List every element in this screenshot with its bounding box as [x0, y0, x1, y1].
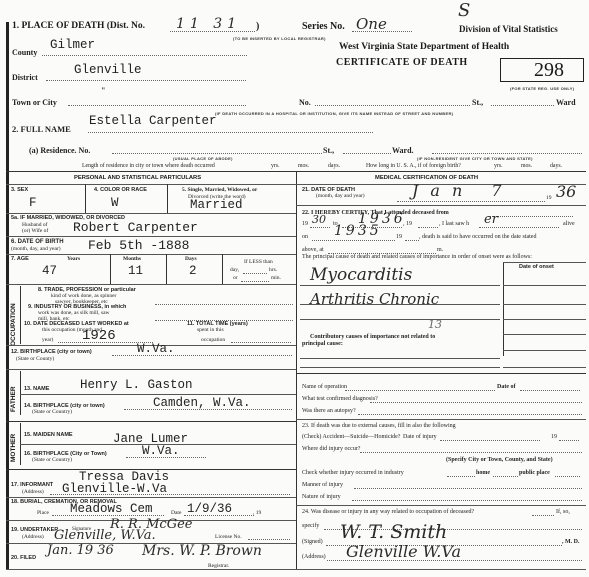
row-line-1 [6, 213, 296, 214]
race-value: W [111, 196, 119, 210]
diagnosis-label: What test confirmed diagnosis? [302, 396, 378, 402]
med-address-value: Glenville W.Va [346, 542, 461, 561]
county-label: County [12, 48, 37, 57]
contributory-label-2: principal cause: [302, 341, 343, 347]
last-worked-value: 1926 [82, 328, 116, 344]
informant-address-value: Glenville-W.Va [62, 482, 167, 496]
certificate-title: CERTIFICATE OF DEATH [336, 57, 468, 68]
months-value: 11 [128, 264, 143, 278]
certify-line [488, 216, 573, 217]
to-suffix: , 19 [403, 221, 412, 227]
day-line [243, 273, 267, 274]
full-name-label: 2. FULL NAME [12, 124, 71, 134]
place-of-death-label: 1. PLACE OF DEATH (Dist. No. [12, 21, 145, 31]
spouse-sub-2: (or) Wife of [22, 228, 48, 234]
public-label: public place [519, 470, 550, 476]
burial-place-label: Place [37, 510, 49, 516]
dob-sub: (month, day, and year) [11, 246, 61, 252]
injury-where-label: Where did injury occur? [302, 446, 360, 452]
total-time-label-2: spent in this [197, 327, 224, 333]
race-marital-divider [167, 184, 168, 213]
full-name-value: Estella Carpenter [89, 114, 217, 128]
onset-line-2 [503, 304, 586, 305]
series-value: One [356, 15, 387, 33]
operation-line [345, 390, 495, 391]
undertaker-label: 19. UNDERTAKER [11, 527, 58, 533]
industry-check-label: Check whether injury occurred in industr… [302, 470, 404, 476]
father-row-line [20, 394, 296, 395]
residence-nonresident-line [432, 153, 582, 154]
onset-divider [503, 262, 504, 356]
district-label: District [12, 73, 38, 82]
last-saw-label: , I last saw h [439, 221, 469, 227]
hrs-label: hrs. [269, 267, 277, 273]
length-residence-label: Length of residence in city or town wher… [82, 163, 215, 169]
injury-year: 19 [551, 434, 557, 440]
sex-race-divider [85, 184, 86, 213]
occupation-question: 24. Was disease or injury in any way rel… [302, 509, 474, 515]
dod-line [397, 201, 545, 202]
injury-where-line [360, 452, 582, 453]
certificate-number: 298 [534, 59, 564, 82]
full-name-line [88, 132, 373, 133]
onset-label: Date of onset [519, 264, 554, 270]
age-divider-1 [110, 254, 111, 284]
father-side-label: FATHER [10, 386, 17, 412]
cause-label: The principal cause of death and related… [302, 254, 532, 260]
dist-no-note: (TO BE INSERTED BY LOCAL REGISTRAR) [233, 36, 326, 41]
onset-line-5 [503, 350, 586, 351]
undertaker-address: Glenville, W.Va. [54, 528, 156, 543]
bottom-border [6, 569, 586, 570]
specify-note: (Specify City or Town, County, and State… [446, 457, 553, 463]
residence-label: (a) Residence. No. [29, 146, 90, 155]
cause-2: Arthritis Chronic [310, 290, 439, 308]
birthplace-label: 12. BIRTHPLACE (city or town) [11, 349, 92, 355]
usa-days: days. [550, 163, 562, 169]
corner-mark: S [458, 0, 470, 21]
state-use-note: (FOR STATE REG. USE ONLY) [510, 86, 574, 91]
home-label: home [476, 470, 490, 476]
cause-line-1 [300, 285, 500, 286]
death-said-label: , death is said to have occurred on the … [419, 234, 536, 240]
nature-label: Nature of injury [302, 494, 341, 500]
dob-value: Feb 5th -1888 [88, 238, 189, 253]
occupation-side-divider [20, 286, 21, 344]
on-year-line [405, 240, 419, 241]
onset-line-3 [503, 319, 586, 320]
on-label: on [302, 234, 308, 240]
burial-date-value: 1/9/36 [187, 502, 232, 516]
occupation-question-line [532, 515, 554, 516]
nature-line [352, 500, 582, 501]
dist-no-value: 11 31 [176, 16, 241, 32]
alive-label: alive [563, 221, 575, 227]
ward-label: Ward [556, 98, 576, 107]
to-year-line [418, 227, 438, 228]
occupation-side-label: OCCUPATION [10, 303, 17, 346]
check-label: (Check) Accident—Suicide—Homicide? [302, 434, 400, 440]
undertaker-address-label: (Address) [22, 534, 44, 540]
dod-value: Jan 7 [412, 181, 514, 200]
dob-label: 6. DATE OF BIRTH [11, 239, 64, 245]
county-line [42, 55, 247, 56]
residence-st: St., [323, 146, 334, 155]
autopsy-line [358, 414, 582, 415]
injury-year-line [559, 440, 579, 441]
father-birthplace-sub: (State or Country) [32, 409, 72, 415]
filed-label: 20. FILED [11, 555, 36, 561]
department-label: West Virginia State Department of Health [339, 42, 509, 52]
specify-label: specify [302, 523, 319, 529]
dod-year-prefix: 19 [546, 195, 552, 201]
st-label: St., [472, 98, 483, 107]
father-name-value: Henry L. Gaston [80, 378, 193, 392]
med-row-line-1 [296, 205, 586, 206]
row-line-9 [6, 497, 296, 498]
personal-section-head: PERSONAL AND STATISTICAL PARTICULARS [74, 175, 201, 181]
onset-top-line [503, 262, 586, 263]
if-so-label: If, so, [556, 509, 570, 515]
sex-label: 3. SEX [11, 187, 28, 193]
cause-line-3 [300, 319, 500, 320]
residence-ward-line [343, 153, 391, 154]
age-divider-2 [166, 254, 167, 284]
signed-value: W. T. Smith [340, 521, 447, 543]
months-label: Months [123, 256, 141, 262]
filed-value: Jan. 19 36 [47, 543, 114, 558]
operation-date-line [520, 390, 580, 391]
district-value: Glenville [74, 63, 142, 77]
dist-no-close: ) [256, 21, 259, 32]
onset-line-4 [503, 334, 586, 335]
manner-line [354, 488, 582, 489]
burial-date-label: Date [171, 510, 181, 516]
residence-line [112, 153, 322, 154]
onset-bottom-line [503, 367, 586, 368]
manner-label: Manner of injury [302, 482, 343, 488]
town-label: Town or City [12, 98, 57, 107]
days-label: Days [185, 256, 197, 262]
external-label: 23. If death was due to external causes,… [302, 423, 456, 429]
ward-line [491, 105, 554, 106]
md-label: , M. D. [562, 539, 580, 545]
home-line [493, 476, 518, 477]
min-label: min. [271, 275, 281, 281]
mother-birthplace-sub: (State or Country) [32, 457, 72, 463]
last-saw-value: er [484, 212, 498, 227]
burial-year-prefix: , 19 [253, 510, 261, 516]
length-yrs: yrs. [271, 163, 280, 169]
row-line-4 [6, 284, 296, 285]
injury-date-label: Date of injury [403, 434, 437, 440]
med-row-line-2 [296, 373, 586, 374]
registrar-signature: Mrs. W. P. Brown [142, 543, 262, 559]
marital-value: Married [190, 198, 243, 212]
dod-year: 36 [556, 182, 576, 201]
on-suffix: 19 [396, 234, 402, 240]
row-line-3 [6, 254, 296, 255]
sex-value: F [29, 196, 37, 210]
or-label: or [233, 275, 238, 281]
last-saw-line [479, 227, 559, 228]
total-time-line [231, 342, 291, 343]
usa-mos: mos. [521, 163, 532, 169]
nonresident-note: (IF NON-RESIDENT GIVE CITY OR TOWN AND S… [417, 156, 533, 161]
length-days: days. [328, 163, 340, 169]
industry-check-line [447, 476, 475, 477]
father-birthplace-value: Camden, W.Va. [153, 396, 251, 410]
total-time-label-3: occupation [201, 337, 225, 343]
row-line-2 [6, 236, 296, 237]
cause-line-5 [300, 367, 500, 368]
above-at-label: above, at [302, 247, 324, 253]
residence-ward: Ward. [392, 146, 414, 155]
public-line [555, 476, 580, 477]
injury-date-line [440, 440, 540, 441]
cause-line-4 [300, 358, 500, 359]
from-prefix: 19 [302, 221, 308, 227]
on-value: 1935 [334, 223, 382, 239]
dod-label-2: (month, day and year) [316, 193, 365, 199]
father-side-divider [20, 371, 21, 415]
center-divider [296, 172, 297, 570]
marital-label-1: 5. Single, Married, Widowed, or [182, 187, 257, 193]
town-line [68, 105, 246, 106]
length-mos: mos. [298, 163, 309, 169]
birthplace-value: W.Va. [137, 342, 175, 356]
informant-address-label: (Address) [22, 489, 44, 495]
m-label: m. [437, 247, 443, 253]
less-than-label: If LESS than [244, 259, 273, 265]
trade-line [155, 304, 293, 305]
license-label: License No. [215, 534, 242, 540]
hospital-note: (IF DEATH OCCURRED IN A HOSPITAL OR INST… [215, 111, 453, 116]
mother-birthplace-value: W.Va. [142, 444, 180, 458]
med-row-line-3 [296, 419, 586, 420]
informant-label: 17. INFORMANT [11, 482, 53, 488]
left-border [6, 22, 9, 570]
operation-date-label: Date of [497, 384, 516, 390]
from-line [310, 227, 330, 228]
med-address-label: (Address) [302, 554, 326, 560]
usa-yrs: yrs. [494, 163, 503, 169]
burial-place-value: Meadows Cem [70, 502, 153, 516]
cause-note: 13 [428, 318, 442, 331]
years-label: Years [67, 256, 80, 262]
cause-line-2 [300, 304, 500, 305]
years-value: 47 [42, 264, 57, 278]
series-label: Series No. [302, 21, 345, 32]
license-line [248, 539, 290, 540]
race-label: 4. COLOR OR RACE [94, 187, 147, 193]
operation-label: Name of operation [302, 384, 347, 390]
no-line [315, 105, 470, 106]
father-name-label: 13. NAME [24, 386, 49, 392]
usual-abode-note: (USUAL PLACE OF ABODE) [173, 156, 233, 161]
on-line [312, 240, 395, 241]
no-label: No. [299, 98, 311, 107]
contributory-label-1: Contributory causes of importance not re… [310, 334, 435, 340]
age-label: 7. AGE [11, 256, 29, 262]
day-label: day, [230, 267, 239, 273]
division-label: Division of Vital Statistics [459, 24, 558, 34]
min-line [241, 281, 269, 282]
last-worked-label-3: year) [42, 337, 53, 343]
onset-line-1 [503, 285, 586, 286]
spouse-value: Robert Carpenter [73, 220, 198, 235]
mother-name-label: 15. MAIDEN NAME [24, 432, 73, 438]
county-value: Gilmer [50, 38, 95, 52]
age-divider-3 [222, 254, 223, 284]
days-value: 2 [189, 264, 197, 278]
ditto-mark: " [101, 86, 105, 95]
row-line-6 [6, 369, 296, 370]
signed-label: (Signed) [302, 539, 323, 545]
row-line-7 [6, 421, 296, 422]
autopsy-label: Was there an autopsy? [302, 408, 356, 414]
cause-1: Myocarditis [310, 265, 412, 285]
usa-label: How long in U. S. A., if of foreign birt… [366, 163, 461, 169]
from-value: 30 [312, 213, 326, 226]
district-line [46, 80, 246, 81]
mother-side-label: MOTHER [10, 434, 17, 462]
diagnosis-line [370, 402, 582, 403]
med-row-line-4 [296, 505, 586, 506]
birthplace-sub: (State or County) [16, 356, 54, 362]
